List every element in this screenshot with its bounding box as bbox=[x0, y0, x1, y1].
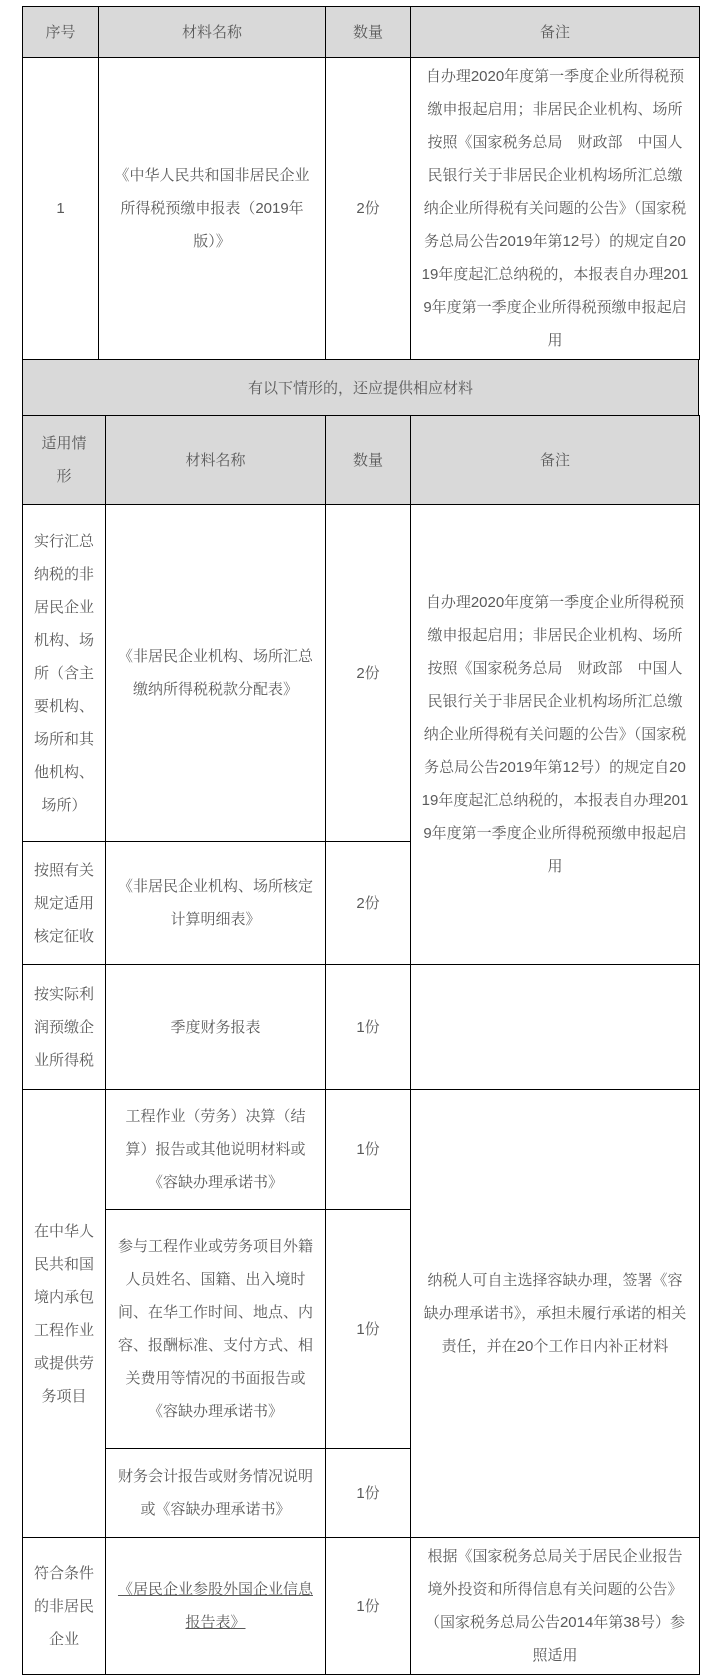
cell-quantity: 2份 bbox=[326, 58, 411, 360]
cell-quantity: 2份 bbox=[326, 505, 411, 842]
cell-situation: 按照有关规定适用核定征收 bbox=[23, 842, 106, 965]
cell-material-name: 《居民企业参股外国企业信息报告表》 bbox=[106, 1538, 326, 1675]
report-form-link[interactable]: 《居民企业参股外国企业信息报告表》 bbox=[118, 1581, 313, 1631]
table-row: 1 《中华人民共和国非居民企业所得税预缴申报表（2019年版）》 2份 自办理2… bbox=[23, 58, 700, 360]
table-row-gongcheng-1: 在中华人民共和国境内承包工程作业或提供劳务项目 工程作业（劳务）决算（结算）报告… bbox=[23, 1090, 700, 1210]
conditional-materials-banner: 有以下情形的，还应提供相应材料 bbox=[22, 360, 699, 415]
cell-seq: 1 bbox=[23, 58, 99, 360]
cell-situation: 在中华人民共和国境内承包工程作业或提供劳务项目 bbox=[23, 1090, 106, 1538]
conditional-materials-table: 适用情形 材料名称 数量 备注 实行汇总纳税的非居民企业机构、场所（含主要机构、… bbox=[22, 415, 700, 1675]
cell-quantity: 1份 bbox=[326, 1210, 411, 1449]
cell-remark: 自办理2020年度第一季度企业所得税预缴申报起启用；非居民企业机构、场所按照《国… bbox=[411, 505, 700, 965]
column-header-seq: 序号 bbox=[23, 7, 99, 58]
cell-situation: 实行汇总纳税的非居民企业机构、场所（含主要机构、场所和其他机构、场所） bbox=[23, 505, 106, 842]
cell-situation: 按实际利润预缴企业所得税 bbox=[23, 965, 106, 1090]
cell-quantity: 1份 bbox=[326, 965, 411, 1090]
cell-material-name: 参与工程作业或劳务项目外籍人员姓名、国籍、出入境时间、在华工作时间、地点、内容、… bbox=[106, 1210, 326, 1449]
cell-remark: 根据《国家税务总局关于居民企业报告境外投资和所得信息有关问题的公告》（国家税务总… bbox=[411, 1538, 700, 1675]
required-materials-table: 序号 材料名称 数量 备注 1 《中华人民共和国非居民企业所得税预缴申报表（20… bbox=[22, 6, 700, 360]
materials-table-page: 序号 材料名称 数量 备注 1 《中华人民共和国非居民企业所得税预缴申报表（20… bbox=[22, 6, 699, 1675]
cell-quantity: 1份 bbox=[326, 1090, 411, 1210]
column-header-remark: 备注 bbox=[411, 7, 700, 58]
cell-material-name: 《非居民企业机构、场所核定计算明细表》 bbox=[106, 842, 326, 965]
column-header-material-name: 材料名称 bbox=[99, 7, 326, 58]
table-row-fuhe: 符合条件的非居民企业 《居民企业参股外国企业信息报告表》 1份 根据《国家税务总… bbox=[23, 1538, 700, 1675]
column-header-remark: 备注 bbox=[411, 416, 700, 505]
cell-quantity: 2份 bbox=[326, 842, 411, 965]
cell-material-name: 财务会计报告或财务情况说明或《容缺办理承诺书》 bbox=[106, 1449, 326, 1538]
banner-text: 有以下情形的，还应提供相应材料 bbox=[248, 377, 473, 398]
column-header-quantity: 数量 bbox=[326, 416, 411, 505]
cell-situation: 符合条件的非居民企业 bbox=[23, 1538, 106, 1675]
cell-material-name: 《非居民企业机构、场所汇总缴纳所得税税款分配表》 bbox=[106, 505, 326, 842]
cell-quantity: 1份 bbox=[326, 1538, 411, 1675]
cell-remark-empty bbox=[411, 965, 700, 1090]
table-row-huizong: 实行汇总纳税的非居民企业机构、场所（含主要机构、场所和其他机构、场所） 《非居民… bbox=[23, 505, 700, 842]
table-row-lirun: 按实际利润预缴企业所得税 季度财务报表 1份 bbox=[23, 965, 700, 1090]
conditional-table-header-row: 适用情形 材料名称 数量 备注 bbox=[23, 416, 700, 505]
cell-material-name: 《中华人民共和国非居民企业所得税预缴申报表（2019年版）》 bbox=[99, 58, 326, 360]
cell-material-name: 季度财务报表 bbox=[106, 965, 326, 1090]
column-header-material-name: 材料名称 bbox=[106, 416, 326, 505]
cell-remark: 纳税人可自主选择容缺办理，签署《容缺办理承诺书》，承担未履行承诺的相关责任，并在… bbox=[411, 1090, 700, 1538]
column-header-situation: 适用情形 bbox=[23, 416, 106, 505]
cell-quantity: 1份 bbox=[326, 1449, 411, 1538]
cell-remark: 自办理2020年度第一季度企业所得税预缴申报起启用；非居民企业机构、场所按照《国… bbox=[411, 58, 700, 360]
required-table-header-row: 序号 材料名称 数量 备注 bbox=[23, 7, 700, 58]
cell-material-name: 工程作业（劳务）决算（结算）报告或其他说明材料或《容缺办理承诺书》 bbox=[106, 1090, 326, 1210]
column-header-quantity: 数量 bbox=[326, 7, 411, 58]
